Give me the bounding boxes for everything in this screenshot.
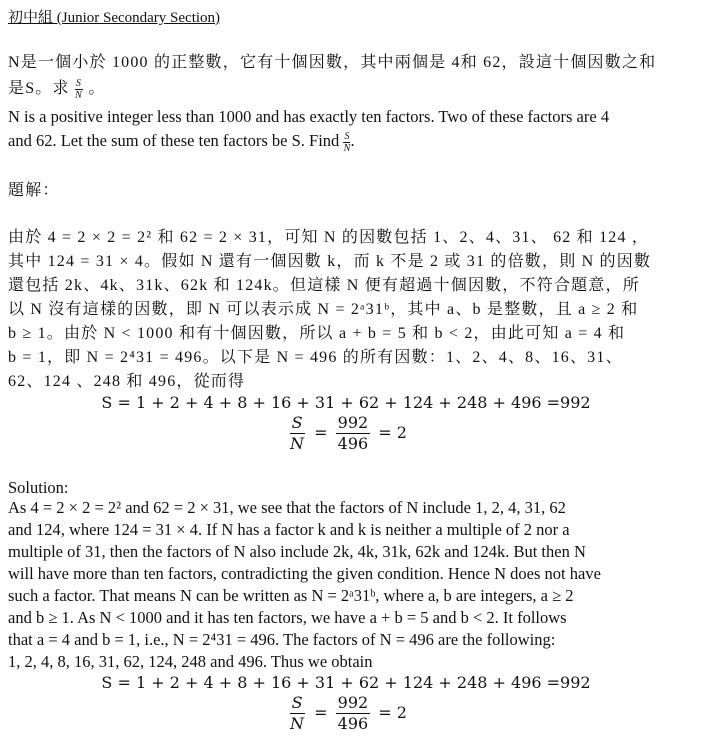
solution-en-heading: Solution:: [8, 477, 69, 499]
solution-zh-line: 其中 124 = 31 × 4。假如 N 還有一個因數 k，而 k 不是 2 或…: [8, 251, 651, 273]
solution-zh-line: 還包括 2k、4k、31k、62k 和 124k。但這樣 N 便有超過十個因數，…: [8, 275, 640, 297]
solution-zh-line: 以 N 沒有這樣的因數，即 N 可以表示成 N = 2ᵃ31ᵇ，其中 a、b 是…: [8, 299, 638, 321]
solution-en-line: 1, 2, 4, 8, 16, 31, 62, 124, 248 and 496…: [8, 651, 373, 673]
solution-zh-line: 由於 4 = 2 × 2 = 2² 和 62 = 2 × 31，可知 N 的因數…: [8, 227, 649, 249]
solution-zh-line: b ≥ 1。由於 N < 1000 和有十個因數，所以 a + b = 5 和 …: [8, 323, 625, 345]
solution-en-line: such a factor. That means N can be writt…: [8, 585, 574, 607]
solution-en-line: multiple of 31, then the factors of N al…: [8, 541, 586, 563]
solution-en-line: As 4 = 2 × 2 = 2² and 62 = 2 × 31, we se…: [8, 497, 566, 519]
fraction-s-over-n: S N: [75, 78, 83, 101]
ratio-equation-zh: SN = 992496 = 2: [0, 413, 704, 454]
solution-en-line: and 124, where 124 = 31 × 4. If N has a …: [8, 519, 570, 541]
solution-en-line: and b ≥ 1. As N < 1000 and it has ten fa…: [8, 607, 567, 629]
problem-en-line-1: N is a positive integer less than 1000 a…: [8, 106, 609, 128]
problem-en-line-2: and 62. Let the sum of these ten factors…: [8, 130, 355, 154]
ratio-equation-en: SN = 992496 = 2: [0, 693, 704, 734]
sum-equation-zh: S = 1 + 2 + 4 + 8 + 16 + 31 + 62 + 124 +…: [0, 393, 704, 412]
solution-zh-line: b = 1，即 N = 2⁴31 = 496。以下是 N = 496 的所有因數…: [8, 347, 623, 369]
section-title: 初中組 (Junior Secondary Section): [8, 7, 220, 29]
solution-zh-line: 62、124 、248 和 496，從而得: [8, 371, 245, 393]
problem-zh-text: 是S。求: [8, 80, 70, 97]
solution-en-line: will have more than ten factors, contrad…: [8, 563, 601, 585]
problem-zh-line-1: N是一個小於 1000 的正整數，它有十個因數，其中兩個是 4和 62，設這十個…: [8, 52, 656, 74]
solution-zh-heading: 題解：: [8, 180, 60, 202]
problem-zh-line-2: 是S。求 S N 。: [8, 78, 106, 101]
solution-en-line: that a = 4 and b = 1, i.e., N = 2⁴31 = 4…: [8, 629, 555, 651]
sum-equation-en: S = 1 + 2 + 4 + 8 + 16 + 31 + 62 + 124 +…: [0, 673, 704, 692]
